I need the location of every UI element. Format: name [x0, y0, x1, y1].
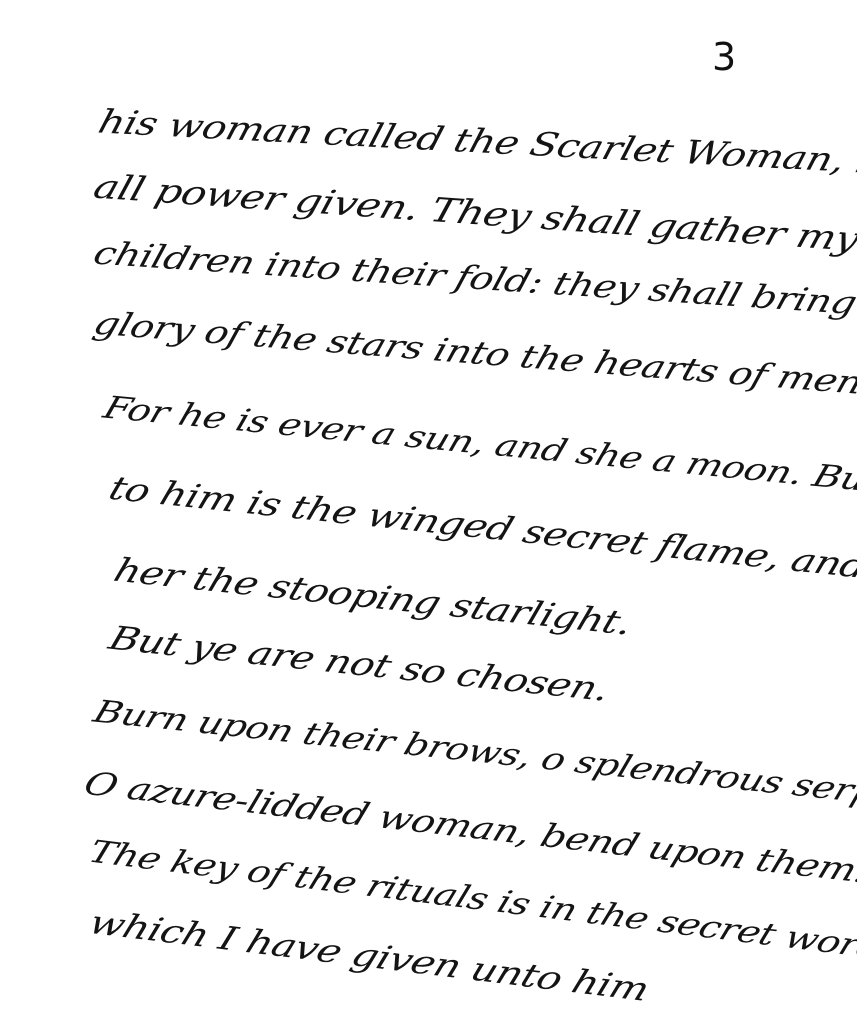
page-number: 3 — [712, 38, 736, 76]
manuscript-line-8: But ye are not so chosen. — [105, 622, 613, 706]
manuscript-line-1: his woman called the Scarlet Woman, is — [95, 106, 793, 175]
manuscript-line-4: glory of the stars into the hearts of me… — [90, 308, 857, 401]
manuscript-page: 3 his woman called the Scarlet Woman, is… — [0, 0, 857, 1024]
